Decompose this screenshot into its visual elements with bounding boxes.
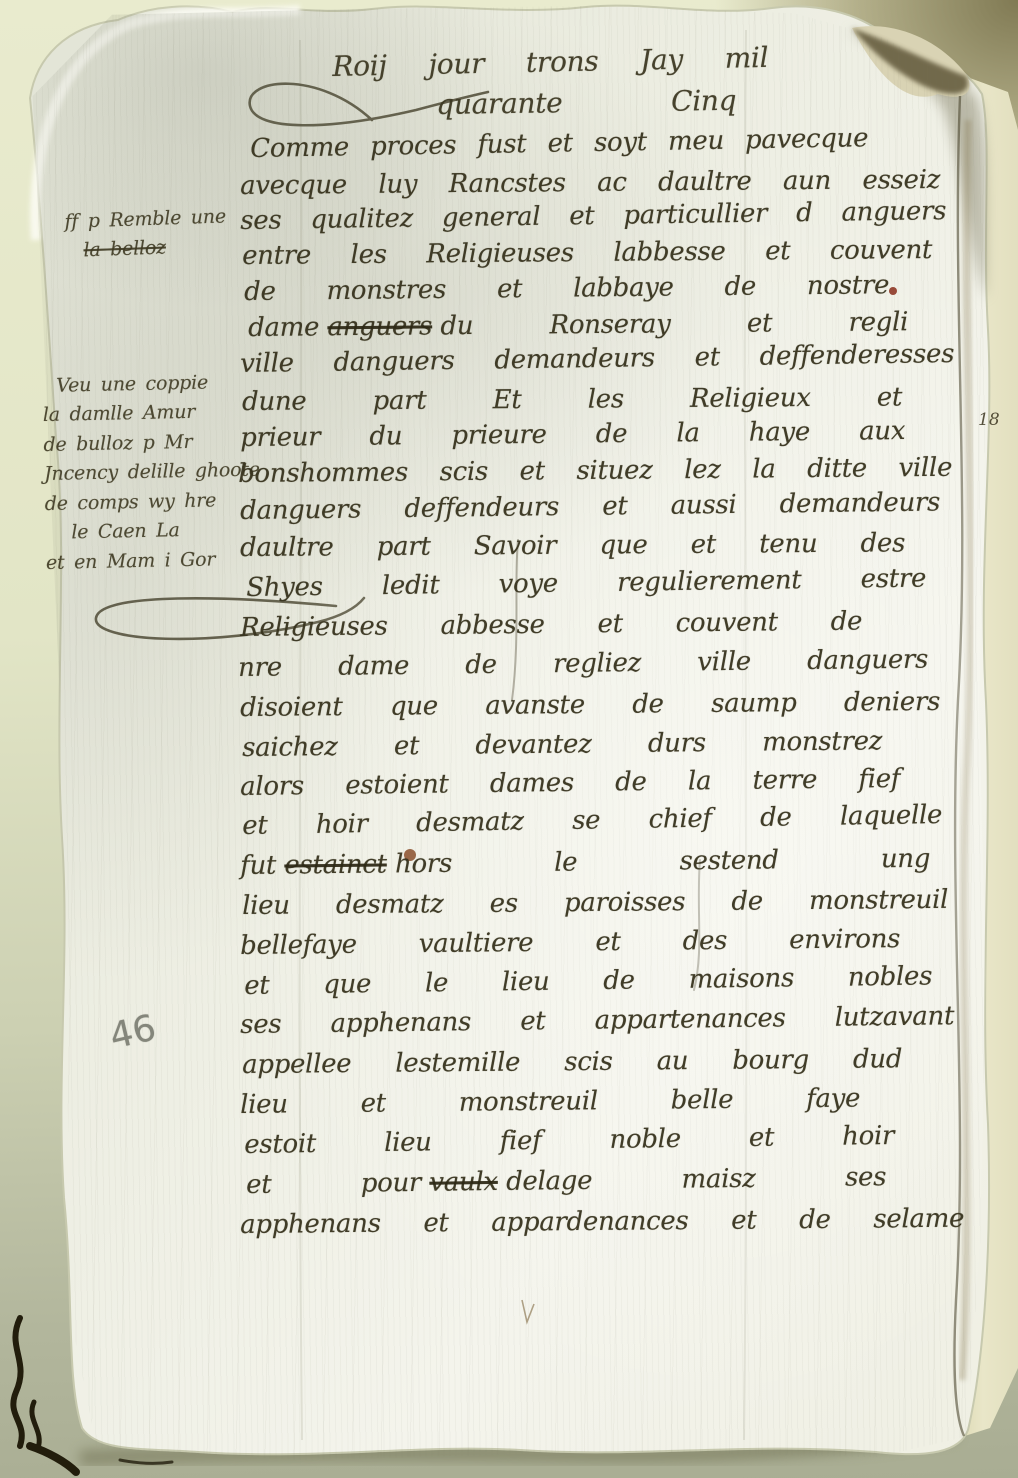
manuscript-line: daultre part Savoir que et tenu des xyxy=(240,528,905,564)
manuscript-line: prieur du prieure de la haye aux xyxy=(240,416,905,454)
margin-note-2-line: et en Mam i Gor xyxy=(46,544,262,578)
margin-note-2-line: de comps wy hre xyxy=(44,485,260,519)
manuscript-line: et hoir desmatz se chief de laquelle xyxy=(242,800,942,842)
manuscript-line: estoit lieu fief noble et hoir xyxy=(244,1121,894,1161)
manuscript-line: appellee lestemille scis au bourg dud xyxy=(242,1044,902,1081)
manuscript-line: dune part Et les Religieux et xyxy=(242,382,902,418)
manuscript-line: et que le lieu de maisons nobles xyxy=(244,961,932,1002)
margin-note-1-line-1: ff p Remble une xyxy=(64,202,226,237)
margin-note-2-line: Veu une coppie xyxy=(56,367,258,401)
margin-note-1-line-2: la belloz xyxy=(83,232,227,266)
margin-note-2-line: la damlle Amur xyxy=(43,397,259,431)
margin-note-2-line: de bulloz p Mr xyxy=(43,426,259,460)
manuscript-line: entre les Religieuses labbesse et couven… xyxy=(242,235,932,272)
manuscript-line-struck-word: futestaincthors le sestend ung xyxy=(240,844,930,882)
manuscript-line: ville danguers demandeurs et deffenderes… xyxy=(240,339,954,380)
pencil-folio-number: 46 xyxy=(106,1007,160,1057)
manuscript-line: nre dame de regliez ville danguers xyxy=(238,645,928,685)
manuscript-line: bellefaye vaultiere et des environs xyxy=(240,924,900,962)
manuscript-line: Shyes ledit voye regulierement estre xyxy=(246,564,926,605)
manuscript-line: avecque luy Rancstes ac daultre aun esse… xyxy=(240,165,940,202)
edge-number: 18 xyxy=(978,410,1000,430)
date-heading-line-1: Roij jour trons Jay mil xyxy=(332,41,769,84)
manuscript-line: danguers deffendeurs et aussi demandeurs xyxy=(240,487,940,527)
margin-note-2-line: le Caen La xyxy=(71,515,261,548)
handwriting-layer: Roij jour trons Jay mil quarante Cinq ff… xyxy=(0,0,1018,1478)
manuscript-line-struck-word: dameanguersdu Ronseray et regli xyxy=(248,307,908,344)
manuscript-line: bonshommes scis et situez lez la ditte v… xyxy=(238,453,952,490)
margin-note-2-line: Jncency delille ghoote xyxy=(44,456,260,490)
manuscript-line: saichez et devantez durs monstrez xyxy=(242,726,882,764)
manuscript-photograph: Roij jour trons Jay mil quarante Cinq ff… xyxy=(0,0,1018,1478)
manuscript-line: Religieuses abbesse et couvent de xyxy=(240,606,862,644)
manuscript-line: apphenans et appardenances et de selame xyxy=(240,1204,964,1242)
manuscript-line: ses qualitez general et particullier d a… xyxy=(240,196,946,237)
manuscript-line: de monstres et labbaye de nostre xyxy=(244,270,889,308)
manuscript-line: ses apphenans et appartenances lutzavant xyxy=(240,1001,954,1041)
manuscript-line: disoient que avanste de saump deniers xyxy=(240,687,940,724)
margin-note-2: Veu une coppie la damlle Amur de bulloz … xyxy=(42,367,262,578)
manuscript-line: lieu et monstreuil belle faye xyxy=(240,1084,860,1122)
manuscript-line: Comme proces fust et soyt meu pavecque xyxy=(250,123,868,165)
date-heading-line-2: quarante Cinq xyxy=(436,84,736,122)
manuscript-line: lieu desmatz es paroisses de monstreuil xyxy=(242,885,948,922)
manuscript-line-struck-word: et pourvaulxdelage maisz ses xyxy=(246,1162,886,1201)
margin-note-1: ff p Remble une la belloz xyxy=(64,202,227,266)
manuscript-line: alors estoient dames de la terre fief xyxy=(240,764,900,803)
